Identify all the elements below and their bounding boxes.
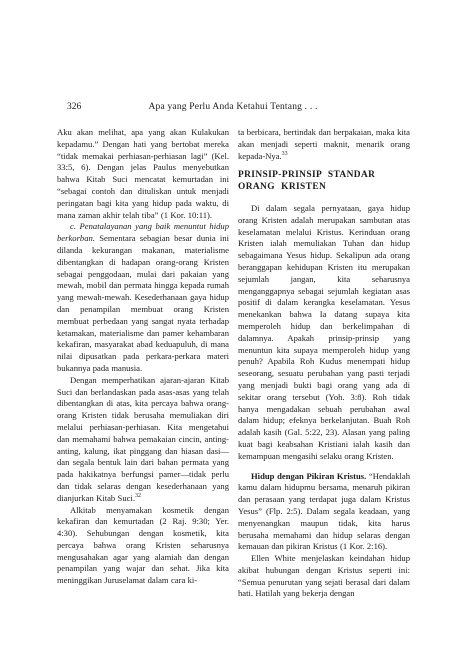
- footnote-reference: 33: [282, 151, 288, 157]
- paragraph: Di dalam segala pernyataan, gaya hidup o…: [238, 203, 410, 463]
- book-page: 326 Apa yang Perlu Anda Ketahui Tentang …: [0, 0, 460, 650]
- paragraph: c. Penatalayanan yang baik menuntut hidu…: [57, 221, 229, 374]
- text-segment: ta berbicara, bertindak dan berpakaian, …: [238, 127, 410, 161]
- text-segment: Alkitab menyamakan kosmetik dengan kekaf…: [57, 505, 229, 586]
- running-head: 326 Apa yang Perlu Anda Ketahui Tentang …: [57, 100, 409, 114]
- text-segment: Aku akan melihat, apa yang akan Kulakuka…: [57, 127, 229, 220]
- paragraph: ta berbicara, bertindak dan berpakaian, …: [238, 127, 410, 162]
- text-segment: Ellen White menjelaskan keindahan hidup …: [238, 553, 410, 598]
- text-columns: Aku akan melihat, apa yang akan Kulakuka…: [57, 127, 410, 600]
- paragraph: Aku akan melihat, apa yang akan Kulakuka…: [57, 127, 229, 221]
- section-heading: PRINSIP-PRINSIP STANDAR ORANG KRISTEN: [238, 170, 410, 194]
- text-segment: “Hendaklah kamu dalam hidupmu bersama, m…: [238, 471, 410, 552]
- text-segment: Di dalam segala pernyataan, gaya hidup o…: [238, 203, 410, 461]
- paragraph: Hidup dengan Pikiran Kristus. “Hendaklah…: [238, 471, 410, 554]
- paragraph: Ellen White menjelaskan keindahan hidup …: [238, 553, 410, 600]
- paragraph: Dengan memperhatikan ajaran-ajaran Kitab…: [57, 375, 229, 505]
- running-title: Apa yang Perlu Anda Ketahui Tentang . . …: [57, 100, 409, 114]
- footnote-reference: 32: [135, 493, 141, 499]
- left-column: Aku akan melihat, apa yang akan Kulakuka…: [57, 127, 229, 600]
- text-segment: Sementara sebagian besar dunia ini dilan…: [57, 233, 229, 373]
- text-segment: Hidup dengan Pikiran Kristus.: [251, 471, 366, 481]
- right-column: ta berbicara, bertindak dan berpakaian, …: [238, 127, 410, 600]
- paragraph: Alkitab menyamakan kosmetik dengan kekaf…: [57, 505, 229, 588]
- text-segment: Dengan memperhatikan ajaran-ajaran Kitab…: [57, 375, 229, 503]
